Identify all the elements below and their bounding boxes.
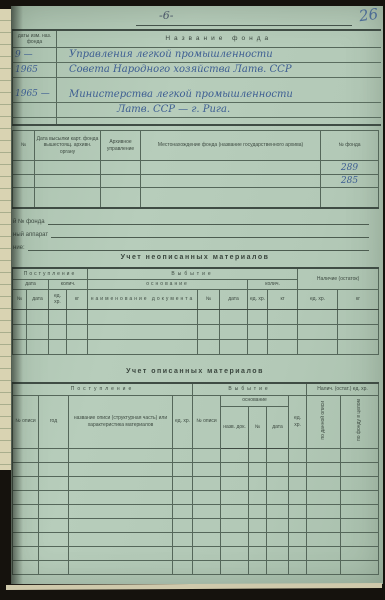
balance-group-header: Наличие (остаток): [298, 268, 379, 289]
fond-name-table: даты изм. наз. фонда Название фонда 9 — …: [12, 29, 381, 126]
no-column-header: №: [249, 406, 267, 448]
basis-subheader: основание: [221, 395, 289, 406]
fond-location-table: № Дата высылки карт. фонда вышестоящ. ар…: [12, 130, 379, 209]
field-blank-line: [48, 217, 369, 225]
fond-entry-row: 1965 — Министерства легкой промышленност…: [13, 87, 381, 102]
outgo-group-header: Выбытие: [88, 268, 298, 279]
units-column-header: ед. хр.: [298, 289, 338, 309]
fond-number-column-header: № фонда: [321, 131, 379, 161]
described-section-title: Учет описанных материалов: [11, 368, 379, 375]
by-inventory-column-header: по данной описи: [307, 395, 341, 448]
fond-entry-name: Управления легкой промышленности: [57, 47, 381, 62]
field-old-fond-number: й № фонда: [13, 215, 369, 225]
page-number: -6-: [159, 9, 173, 22]
date-column-header: дата: [27, 289, 49, 309]
by-fond-column-header: по фонду в целом: [341, 395, 379, 448]
field-blank-line: [51, 230, 369, 238]
form-sheet: -6- 26 даты изм. наз. фонда Название фон…: [11, 6, 383, 584]
header-rule: [136, 25, 352, 26]
fond-name-column-header: Название фонда: [57, 30, 381, 47]
kg-column-header: кг: [338, 289, 379, 309]
basis-subheader: основание: [88, 279, 248, 289]
table-row: [13, 546, 379, 560]
units-column-header: ед. хр.: [248, 289, 268, 309]
table-row: [13, 188, 379, 208]
doc-name-column-header: наименование документа: [88, 289, 198, 309]
undescribed-materials-table: Поступление Выбытие Наличие (остаток) да…: [12, 267, 379, 355]
fond-entry-row: Латв. ССР — г. Рига.: [13, 102, 381, 117]
outgo-group-header: Выбытие: [193, 383, 307, 395]
table-row: [13, 518, 379, 532]
units-column-header: ед. хр.: [173, 395, 193, 448]
units-column-header: ед. хр.: [49, 289, 67, 309]
fond-entry-name: Совета Народного хозяйства Латв. ССР: [57, 62, 381, 77]
table-row: [13, 504, 379, 518]
table-row: [13, 448, 379, 462]
table-row: [13, 324, 379, 339]
kg-column-header: кг: [67, 289, 88, 309]
units-column-header: ед. хр.: [289, 395, 307, 448]
undescribed-section-title: Учет неописанных материалов: [11, 254, 379, 261]
described-materials-table: Поступление Выбытие Налич. (остат.) ед. …: [12, 382, 379, 575]
fond-entry-name: Министерства легкой промышленности: [57, 87, 381, 102]
inventory-name-column-header: название описи (структурная часть) или х…: [69, 395, 173, 448]
fond-number-value: 289: [321, 161, 379, 175]
fond-number-value: 285: [321, 175, 379, 188]
field-reference-apparatus: ный аппарат: [13, 228, 369, 238]
scanned-archive-card: -6- 26 даты изм. наз. фонда Название фон…: [0, 0, 385, 600]
archive-admin-column-header: Архивное управление: [101, 131, 141, 161]
table-row: [13, 490, 379, 504]
income-qty-subheader: колич.: [49, 279, 88, 289]
income-group-header: Поступление: [13, 268, 88, 279]
outgo-qty-subheader: колич.: [248, 279, 298, 289]
balance-group-header: Налич. (остат.) ед. хр.: [307, 383, 379, 395]
doc-name-column-header: назв. док.: [221, 406, 249, 448]
table-row: [13, 462, 379, 476]
kg-column-header: кг: [268, 289, 298, 309]
bottom-page-edge: [6, 583, 382, 590]
year-column-header: год: [39, 395, 69, 448]
table-row: [13, 476, 379, 490]
table-row: [13, 339, 379, 354]
table-row: 285: [13, 175, 379, 188]
table-row: [13, 560, 379, 574]
binding-gutter-shadow: [11, 6, 23, 584]
date-column-header: дата: [220, 289, 248, 309]
location-column-header: Местонахождение фонда (название государс…: [141, 131, 321, 161]
no-column-header: №: [198, 289, 220, 309]
inventory-no-column-header: № описи: [193, 395, 221, 448]
fond-entry-row: 1965 Совета Народного хозяйства Латв. СС…: [13, 62, 381, 77]
income-group-header: Поступление: [13, 383, 193, 395]
table-row: 289: [13, 161, 379, 175]
field-note: ние:: [13, 241, 369, 251]
fond-entry-row: 9 — Управления легкой промышленности: [13, 47, 381, 62]
table-row: [13, 532, 379, 546]
fond-entry-name: Латв. ССР — г. Рига.: [57, 102, 381, 117]
date-column-header: дата: [267, 406, 289, 448]
corner-number: 26: [358, 5, 379, 25]
field-blank-line: [28, 243, 369, 251]
table-row: [13, 309, 379, 324]
sent-date-column-header: Дата высылки карт. фонда вышестоящ. архи…: [35, 131, 101, 161]
